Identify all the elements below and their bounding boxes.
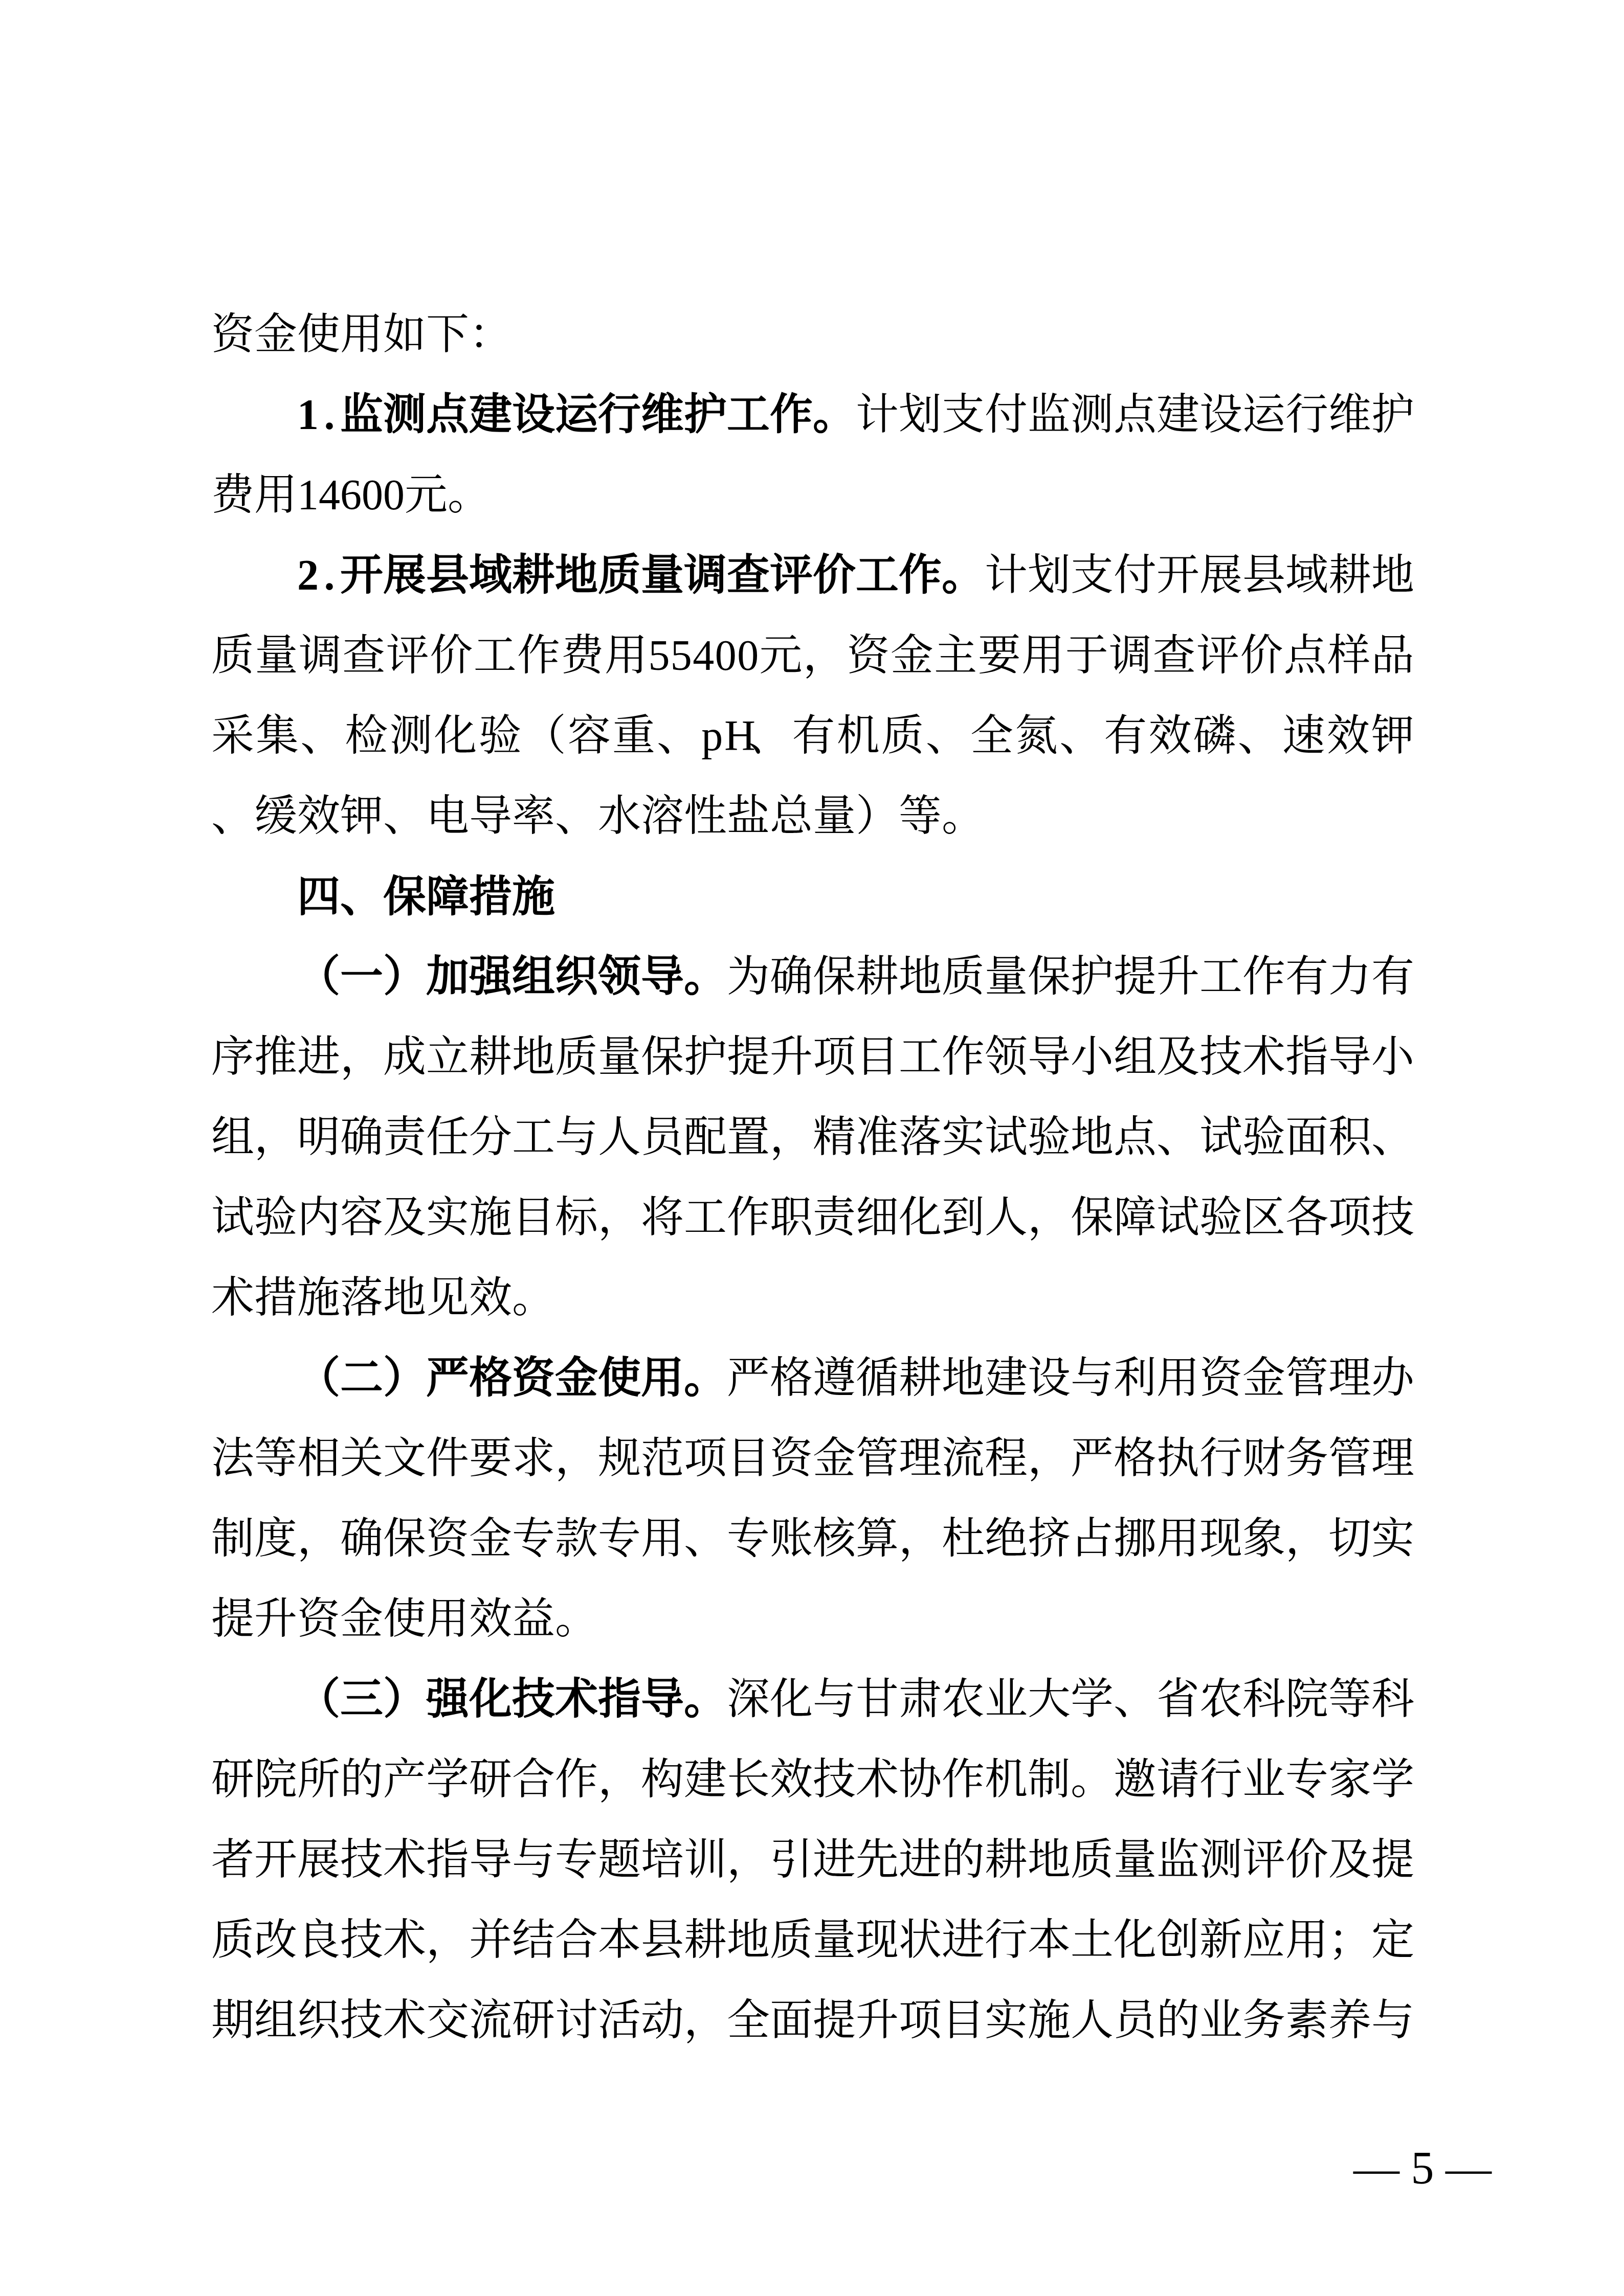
glyph: 点 (1114, 1097, 1156, 1178)
glyph: 地 (899, 937, 942, 1017)
glyph: 训 (684, 1820, 727, 1900)
glyph: 力 (1328, 937, 1371, 1017)
glyph: 价 (813, 535, 856, 616)
glyph: 四 (297, 857, 340, 937)
glyph: 资 (512, 1338, 555, 1419)
glyph: 量 (813, 1900, 856, 1980)
glyph: 术 (383, 1980, 426, 2061)
glyph: 机 (985, 1740, 1028, 1820)
glyph: 专 (555, 1820, 598, 1900)
glyph: 指 (426, 1820, 469, 1900)
glyph: ， (684, 1980, 727, 2061)
glyph: 金 (555, 1338, 598, 1419)
glyph: 升 (1156, 937, 1199, 1017)
glyph: 试 (985, 1097, 1028, 1178)
glyph: 施 (512, 857, 555, 937)
glyph: 立 (426, 1017, 469, 1097)
glyph: 作 (899, 535, 942, 616)
glyph: 本 (1028, 1900, 1071, 1980)
glyph: 术 (383, 1900, 426, 1980)
glyph: 4 (693, 616, 714, 696)
glyph: 建 (469, 375, 512, 455)
glyph: 件 (426, 1419, 469, 1499)
glyph: 提 (727, 1017, 770, 1097)
glyph: 人 (598, 1097, 641, 1178)
glyph: 资 (297, 1579, 340, 1659)
glyph: 领 (598, 937, 641, 1017)
glyph: 员 (641, 1097, 684, 1178)
glyph: 展 (297, 1820, 340, 1900)
glyph: 障 (1114, 1178, 1156, 1258)
glyph: 效 (770, 1740, 813, 1820)
glyph: 格 (469, 1338, 512, 1419)
glyph: 化 (1114, 1900, 1156, 1980)
glyph: 价 (430, 616, 473, 696)
glyph: 全 (970, 696, 1013, 776)
glyph: 建 (1156, 375, 1199, 455)
glyph: 实 (1371, 1499, 1414, 1579)
text-line: 费用14600元。 (211, 455, 1414, 535)
glyph: 素 (1285, 1980, 1328, 2061)
glyph: 。 (448, 455, 491, 535)
glyph: 0 (383, 455, 405, 535)
glyph: 划 (1028, 535, 1071, 616)
glyph: ， (770, 1097, 813, 1178)
glyph: 账 (770, 1499, 813, 1579)
text-line: 研院所的产学研合作，构建长效技术协作机制。邀请行业专家学 (211, 1740, 1414, 1820)
glyph: 、 (1156, 1097, 1199, 1178)
glyph: 的 (942, 1820, 985, 1900)
glyph: ： (469, 295, 512, 375)
glyph: 先 (856, 1820, 899, 1900)
glyph: 循 (856, 1338, 899, 1419)
glyph: ， (297, 1499, 340, 1579)
glyph: 行 (1199, 1419, 1242, 1499)
glyph: 院 (1285, 1659, 1328, 1740)
glyph: 磷 (1193, 696, 1236, 776)
glyph: 。 (1071, 1740, 1114, 1820)
glyph: 细 (856, 1178, 899, 1258)
glyph: 量 (813, 776, 856, 857)
glyph: 性 (684, 776, 727, 857)
glyph: 调 (1109, 616, 1152, 696)
glyph: 主 (934, 616, 977, 696)
text-line: 术措施落地见效。 (211, 1258, 1414, 1338)
glyph: 工 (684, 1178, 727, 1258)
glyph: 效 (469, 1258, 512, 1338)
glyph: 量 (641, 535, 684, 616)
glyph: 化 (770, 1659, 813, 1740)
glyph: 提 (1114, 937, 1156, 1017)
glyph: 钾 (340, 776, 383, 857)
glyph: 1 (297, 375, 319, 455)
glyph: 专 (727, 1499, 770, 1579)
glyph: 技 (813, 1740, 856, 1820)
glyph: 资 (770, 1419, 813, 1499)
glyph: 开 (254, 1820, 297, 1900)
glyph: . (319, 375, 340, 455)
glyph: 任 (426, 1097, 469, 1178)
glyph: 速 (1282, 696, 1325, 776)
glyph: 作 (1242, 937, 1285, 1017)
glyph: 科 (1242, 1659, 1285, 1740)
glyph: 织 (297, 1980, 340, 2061)
glyph: 杜 (942, 1499, 985, 1579)
glyph: 有 (792, 696, 835, 776)
text-line: 提升资金使用效益。 (211, 1579, 1414, 1659)
glyph: 与 (555, 1097, 598, 1178)
glyph: 工 (727, 375, 770, 455)
glyph: 长 (727, 1740, 770, 1820)
document-body: 资金使用如下：1.监测点建设运行维护工作。计划支付监测点建设运行维护费用1460… (211, 295, 1414, 2061)
glyph: ； (1328, 1900, 1371, 1980)
glyph: 业 (1199, 1980, 1242, 2061)
glyph: （ (297, 937, 340, 1017)
glyph: 序 (211, 1017, 254, 1097)
glyph: 措 (254, 1258, 297, 1338)
glyph: 及 (1156, 1017, 1199, 1097)
glyph: 试 (211, 1178, 254, 1258)
glyph: 明 (297, 1097, 340, 1178)
glyph: 术 (383, 1820, 426, 1900)
glyph: 为 (727, 937, 770, 1017)
page-footer: — 5 — (1307, 2084, 1492, 2253)
glyph: 调 (684, 535, 727, 616)
glyph: 盐 (727, 776, 770, 857)
glyph: 测 (1071, 375, 1114, 455)
glyph: 新 (1199, 1900, 1242, 1980)
glyph: 县 (641, 1900, 684, 1980)
glyph: 精 (813, 1097, 856, 1178)
glyph: 土 (1071, 1900, 1114, 1980)
glyph: 施 (297, 1258, 340, 1338)
glyph: 导 (469, 776, 512, 857)
glyph: p (701, 696, 723, 776)
glyph: 状 (899, 1900, 942, 1980)
glyph: 质 (1071, 1820, 1114, 1900)
glyph: 点 (426, 375, 469, 455)
glyph: 人 (1071, 1980, 1114, 2061)
glyph: 肃 (899, 1659, 942, 1740)
glyph: 元 (760, 616, 803, 696)
glyph: 实 (985, 1980, 1028, 2061)
glyph: 职 (770, 1178, 813, 1258)
glyph: ， (803, 616, 846, 696)
glyph: 员 (1114, 1980, 1156, 2061)
glyph: 格 (1114, 1419, 1156, 1499)
glyph: 所 (297, 1740, 340, 1820)
glyph: 技 (512, 1659, 555, 1740)
glyph: 质 (211, 1900, 254, 1980)
glyph: 成 (383, 1017, 426, 1097)
glyph: 质 (598, 535, 641, 616)
glyph: 置 (727, 1097, 770, 1178)
glyph: ， (254, 1097, 297, 1178)
glyph: 导 (1028, 1017, 1071, 1097)
glyph: 积 (1328, 1097, 1371, 1178)
glyph: 流 (469, 1980, 512, 2061)
glyph: 点 (1284, 616, 1327, 696)
glyph: 。 (942, 535, 985, 616)
glyph: ， (598, 1740, 641, 1820)
text-line: （三）强化技术指导。深化与甘肃农业大学、省农科院等科 (211, 1659, 1414, 1740)
glyph: 、 (684, 1499, 727, 1579)
glyph: 效 (469, 1579, 512, 1659)
page-number: — 5 — (1353, 2143, 1492, 2194)
glyph: 下 (426, 295, 469, 375)
glyph: 地 (383, 1258, 426, 1338)
glyph: 流 (942, 1419, 985, 1499)
glyph: 、 (1114, 1659, 1156, 1740)
glyph: 益 (512, 1579, 555, 1659)
glyph: 术 (1242, 1017, 1285, 1097)
glyph: 面 (770, 1980, 813, 2061)
glyph: 质 (211, 616, 254, 696)
glyph: 科 (1371, 1659, 1414, 1740)
glyph: 研 (469, 1740, 512, 1820)
glyph: 价 (1285, 1820, 1328, 1900)
glyph: 准 (856, 1097, 899, 1178)
glyph: 利 (1114, 1338, 1156, 1419)
glyph: 面 (1285, 1097, 1328, 1178)
glyph: 活 (598, 1980, 641, 2061)
glyph: 学 (426, 1740, 469, 1820)
glyph: 保 (383, 857, 426, 937)
glyph: 县 (426, 535, 469, 616)
glyph: 耕 (469, 1017, 512, 1097)
glyph: 确 (340, 1097, 383, 1178)
glyph: 落 (899, 1097, 942, 1178)
glyph: 查 (1153, 616, 1196, 696)
glyph: 求 (512, 1419, 555, 1499)
glyph: 创 (1156, 1900, 1199, 1980)
glyph: 5 (671, 616, 692, 696)
glyph: 作 (942, 1017, 985, 1097)
glyph: 制 (1028, 1740, 1071, 1820)
glyph: 范 (641, 1419, 684, 1499)
glyph: 学 (1071, 1659, 1114, 1740)
glyph: 术 (856, 1740, 899, 1820)
document-page: 资金使用如下：1.监测点建设运行维护工作。计划支付监测点建设运行维护费用1460… (0, 0, 1624, 2296)
glyph: 展 (383, 535, 426, 616)
glyph: 目 (856, 1017, 899, 1097)
glyph: 的 (340, 1740, 383, 1820)
glyph: 用 (1156, 1338, 1199, 1419)
glyph: 护 (684, 375, 727, 455)
glyph: 付 (1114, 535, 1156, 616)
glyph: 技 (340, 1980, 383, 2061)
text-line: 者开展技术指导与专题培训，引进先进的耕地质量监测评价及提 (211, 1820, 1414, 1900)
glyph: 进 (899, 1820, 942, 1900)
glyph: 导 (641, 937, 684, 1017)
glyph: 织 (555, 937, 598, 1017)
glyph: 监 (1028, 375, 1071, 455)
glyph: 措 (469, 857, 512, 937)
glyph: 绝 (985, 1499, 1028, 1579)
glyph: 地 (1371, 535, 1414, 616)
glyph: 作 (770, 375, 813, 455)
glyph: 效 (1327, 696, 1370, 776)
glyph: 定 (1371, 1900, 1414, 1980)
glyph: 等 (254, 1419, 297, 1499)
glyph: 采 (211, 696, 254, 776)
glyph: 、 (1238, 696, 1281, 776)
glyph: 一 (340, 937, 383, 1017)
glyph: 格 (770, 1338, 813, 1419)
glyph: ， (598, 1178, 641, 1258)
glyph: 缓 (254, 776, 297, 857)
glyph: 、 (926, 696, 969, 776)
glyph: ） (856, 776, 899, 857)
glyph: 金 (813, 1419, 856, 1499)
glyph: 院 (254, 1740, 297, 1820)
glyph: 项 (813, 1017, 856, 1097)
glyph: 用 (605, 616, 648, 696)
glyph: 评 (386, 616, 429, 696)
glyph: 度 (254, 1499, 297, 1579)
glyph: 将 (641, 1178, 684, 1258)
glyph: 目 (727, 1419, 770, 1499)
glyph: 行 (598, 375, 641, 455)
glyph: 效 (297, 776, 340, 857)
glyph: 容 (568, 696, 611, 776)
glyph: 0 (737, 616, 759, 696)
glyph: 计 (856, 375, 899, 455)
glyph: 责 (383, 1097, 426, 1178)
glyph: 管 (1285, 1338, 1328, 1419)
glyph: 支 (942, 375, 985, 455)
glyph: 三 (340, 1659, 383, 1740)
glyph: 合 (555, 1900, 598, 1980)
glyph: 大 (1028, 1659, 1071, 1740)
glyph: 改 (254, 1900, 297, 1980)
glyph: 开 (340, 535, 383, 616)
glyph: 行 (1285, 375, 1328, 455)
glyph: 期 (211, 1980, 254, 2061)
glyph: 工 (899, 1017, 942, 1097)
glyph: 相 (297, 1419, 340, 1499)
glyph: 率 (512, 776, 555, 857)
glyph: 并 (469, 1900, 512, 1980)
glyph: 项 (899, 1980, 942, 2061)
glyph: 运 (555, 375, 598, 455)
text-line: 采集、检测化验（容重、pH、有机质、全氮、有效磷、速效钾 (211, 696, 1414, 776)
glyph: 用 (1021, 616, 1064, 696)
glyph: 2 (297, 535, 319, 616)
glyph: 维 (641, 375, 684, 455)
glyph: 执 (1156, 1419, 1199, 1499)
glyph: 规 (598, 1419, 641, 1499)
glyph: 产 (383, 1740, 426, 1820)
glyph: 强 (426, 1659, 469, 1740)
text-line: 四、保障措施 (211, 857, 1414, 937)
glyph: 农 (942, 1659, 985, 1740)
glyph: 组 (1114, 1017, 1156, 1097)
glyph: 协 (899, 1740, 942, 1820)
glyph: 现 (1199, 1499, 1242, 1579)
glyph: （ (297, 1659, 340, 1740)
glyph: 等 (899, 776, 942, 857)
glyph: 。 (684, 1659, 727, 1740)
glyph: 务 (1285, 1419, 1328, 1499)
glyph: 导 (1328, 1017, 1371, 1097)
glyph: 与 (813, 1659, 856, 1740)
glyph: 地 (555, 535, 598, 616)
glyph: 小 (1371, 1017, 1414, 1097)
glyph: 与 (1071, 1338, 1114, 1419)
glyph: 应 (1242, 1900, 1285, 1980)
glyph: 作 (517, 616, 560, 696)
glyph: 、 (300, 696, 343, 776)
glyph: 办 (1371, 1338, 1414, 1419)
glyph: 、 (1059, 696, 1102, 776)
glyph: 法 (211, 1419, 254, 1499)
glyph: 占 (1071, 1499, 1114, 1579)
glyph: 切 (1328, 1499, 1371, 1579)
glyph: 水 (598, 776, 641, 857)
glyph: 金 (469, 1499, 512, 1579)
glyph: 用 (641, 1499, 684, 1579)
glyph: 区 (1242, 1178, 1285, 1258)
glyph: 推 (254, 1017, 297, 1097)
glyph: 0 (715, 616, 737, 696)
glyph: 组 (211, 1097, 254, 1178)
glyph: ， (1285, 1499, 1328, 1579)
glyph: 如 (383, 295, 426, 375)
glyph: 保 (1071, 1178, 1114, 1258)
glyph: 深 (727, 1659, 770, 1740)
glyph: 的 (1156, 1980, 1199, 2061)
glyph: 集 (256, 696, 299, 776)
glyph: 护 (684, 1017, 727, 1097)
glyph: 域 (1285, 535, 1328, 616)
glyph: 钾 (1371, 696, 1414, 776)
text-line: 制度，确保资金专款专用、专账核算，杜绝挤占挪用现象，切实 (211, 1499, 1414, 1579)
glyph: 各 (1285, 1178, 1328, 1258)
glyph: 务 (1242, 1980, 1285, 2061)
text-line: 期组织技术交流研讨活动，全面提升项目实施人员的业务素养与 (211, 1980, 1414, 2061)
glyph: 工 (1199, 937, 1242, 1017)
glyph: 查 (342, 616, 385, 696)
glyph: 管 (1328, 1419, 1371, 1499)
glyph: 见 (426, 1258, 469, 1338)
glyph: 量 (598, 1017, 641, 1097)
glyph: 用 (426, 1579, 469, 1659)
glyph: 实 (426, 1178, 469, 1258)
glyph: 有 (1104, 696, 1147, 776)
glyph: 制 (211, 1499, 254, 1579)
glyph: 人 (985, 1178, 1028, 1258)
glyph: 用 (340, 295, 383, 375)
glyph: 严 (1071, 1419, 1114, 1499)
glyph: 项 (684, 1419, 727, 1499)
glyph: 地 (512, 1017, 555, 1097)
glyph: 用 (1156, 1499, 1199, 1579)
glyph: 组 (512, 937, 555, 1017)
glyph: 者 (211, 1820, 254, 1900)
glyph: 试 (1199, 1097, 1242, 1178)
glyph: 导 (469, 1820, 512, 1900)
glyph: 资 (426, 1499, 469, 1579)
glyph: 内 (297, 1178, 340, 1258)
glyph: 挪 (1114, 1499, 1156, 1579)
glyph: 。 (512, 1258, 555, 1338)
glyph: 加 (426, 937, 469, 1017)
glyph: 技 (340, 1900, 383, 1980)
glyph: 作 (555, 1740, 598, 1820)
glyph: 重 (612, 696, 655, 776)
glyph: 设 (1199, 375, 1242, 455)
